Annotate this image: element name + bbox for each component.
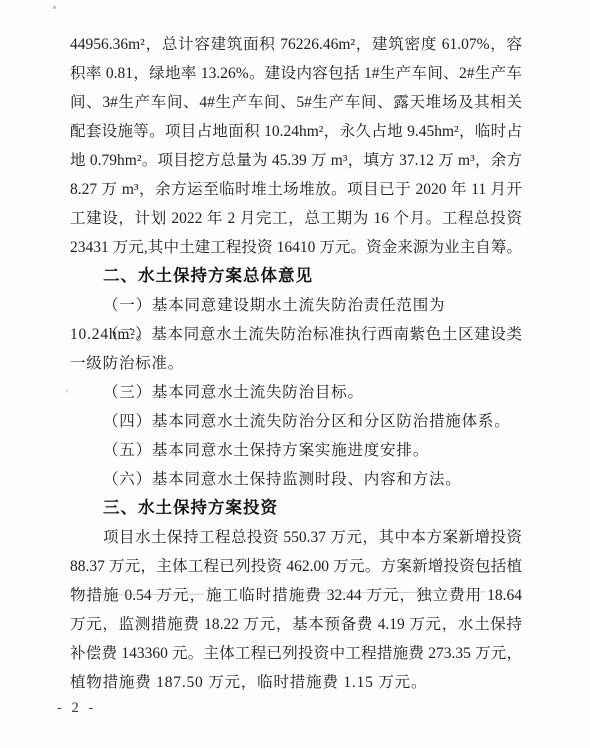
text-line: （二）基本同意水土流失防治标准执行西南紫色土区建设类	[70, 320, 522, 349]
text-line: 积率 0.81，绿地率 13.26%。建设内容包括 1#生产车间、2#生产车	[70, 59, 522, 88]
text-line: 44956.36m²，总计容建筑面积 76226.46m²，建筑密度 61.07…	[70, 30, 522, 59]
text-line: 88.37 万元，主体工程已列投资 462.00 万元。方案新增投资包括植	[70, 552, 522, 581]
text-line: 物措施 0.54 万元，施工临时措施费 32.44 万元，独立费用 18.64	[70, 581, 522, 610]
text-line: （一）基本同意建设期水土流失防治责任范围为 10.24hm²。	[70, 291, 522, 320]
text-line: 间、3#生产车间、4#生产车间、5#生产车间、露天堆场及其相关	[70, 88, 522, 117]
scan-artifact-speck	[53, 6, 56, 9]
text-line: 地 0.79hm²。项目挖方总量为 45.39 万 m³，填方 37.12 万 …	[70, 146, 522, 175]
text-line: （五）基本同意水土保持方案实施进度安排。	[70, 436, 522, 465]
section-heading: 三、水土保持方案投资	[70, 494, 522, 523]
text-line: 工建设，计划 2022 年 2 月完工，总工期为 16 个月。工程总投资	[70, 204, 522, 233]
text-line: （四）基本同意水土流失防治分区和分区防治措施体系。	[70, 407, 522, 436]
scan-artifact-speck	[66, 389, 68, 393]
text-line: 植物措施费 187.50 万元，临时措施费 1.15 万元。	[70, 668, 522, 697]
text-line: 项目水土保持工程总投资 550.37 万元，其中本方案新增投资	[70, 523, 522, 552]
section-heading: 二、水土保持方案总体意见	[70, 262, 522, 291]
text-line: 一级防治标准。	[70, 349, 522, 378]
text-line: 万元，监测措施费 18.22 万元，基本预备费 4.19 万元，水土保持	[70, 610, 522, 639]
scanned-document-page: 44956.36m²，总计容建筑面积 76226.46m²，建筑密度 61.07…	[0, 0, 590, 748]
text-line: 配套设施等。项目占地面积 10.24hm²，永久占地 9.45hm²，临时占	[70, 117, 522, 146]
text-line: 23431 万元,其中土建工程投资 16410 万元。资金来源为业主自筹。	[70, 233, 522, 262]
text-line: （三）基本同意水土流失防治目标。	[70, 378, 522, 407]
text-line: 8.27 万 m³，余方运至临时堆土场堆放。项目已于 2020 年 11 月开	[70, 175, 522, 204]
page-number: - 2 -	[57, 700, 96, 717]
text-line: 补偿费 143360 元。主体工程已列投资中工程措施费 273.35 万元，	[70, 639, 522, 668]
text-line: （六）基本同意水土保持监测时段、内容和方法。	[70, 465, 522, 494]
document-text-block: 44956.36m²，总计容建筑面积 76226.46m²，建筑密度 61.07…	[70, 30, 522, 697]
